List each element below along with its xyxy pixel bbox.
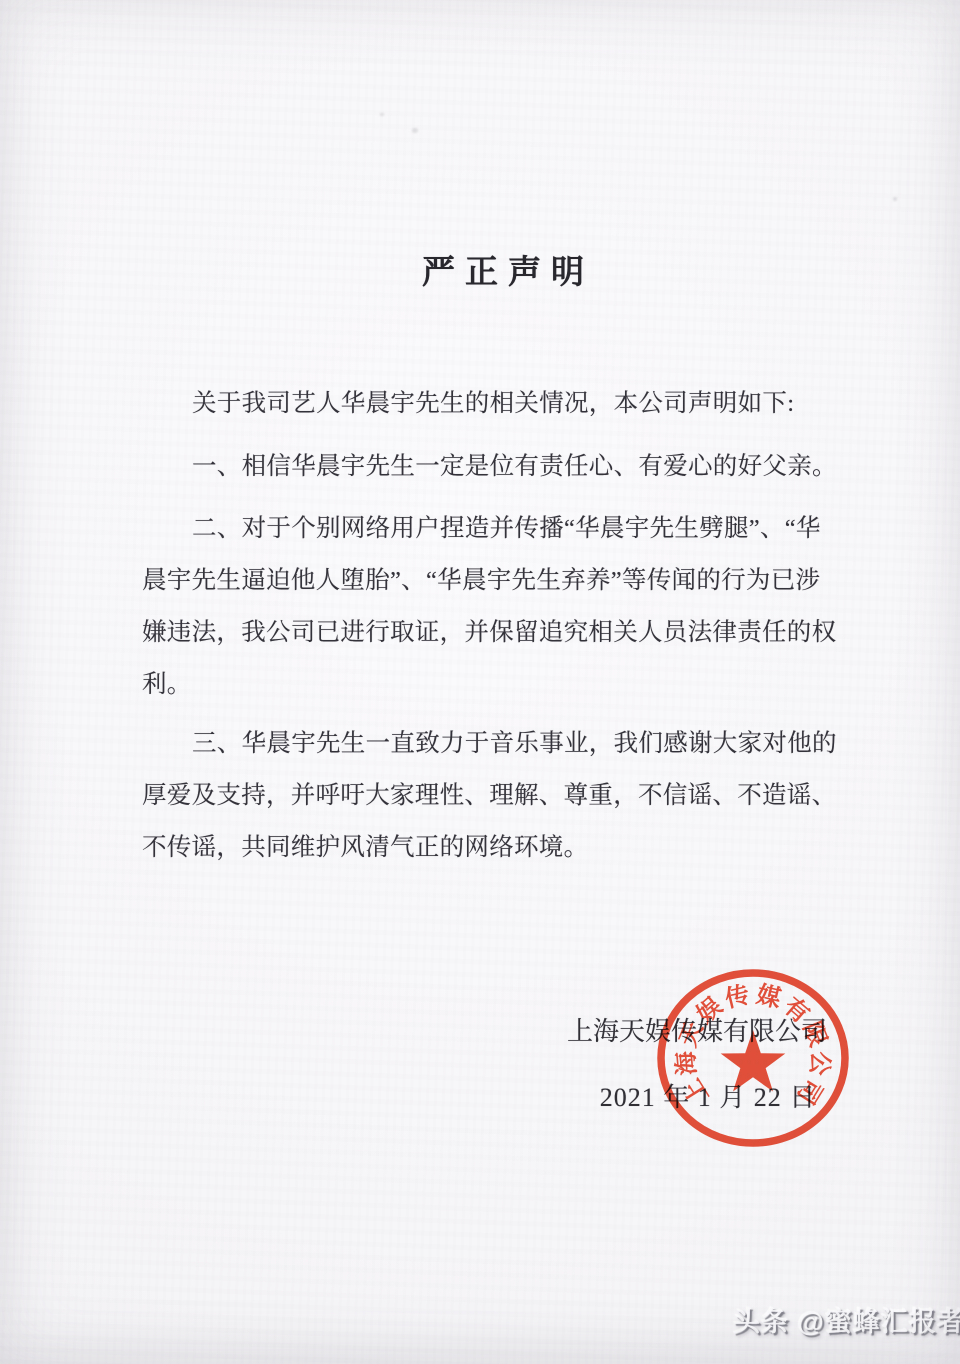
seal-ring-char: 公 (805, 1050, 833, 1076)
statement-item-three: 三、华晨宇先生一直致力于音乐事业，我们感谢大家对他的 厚爱及支持，并呼吁大家理性… (142, 718, 832, 874)
statement-document: 严正声明 关于我司艺人华晨宇先生的相关情况，本公司声明如下: 一、相信华晨宇先生… (0, 0, 960, 1364)
statement-line: 晨宇先生逼迫他人堕胎”、“华晨宇先生弃养”等传闻的行为已涉 (142, 555, 832, 607)
statement-line: 厚爱及支持，并呼吁大家理性、理解、尊重，不信谣、不造谣、 (142, 770, 832, 822)
scan-speck (380, 113, 384, 116)
statement-line: 三、华晨宇先生一直致力于音乐事业，我们感谢大家对他的 (142, 718, 832, 770)
statement-item-one: 一、相信华晨宇先生一定是位有责任心、有爱心的好父亲。 (142, 441, 832, 493)
statement-line: 嫌违法，我公司已进行取证，并保留追究相关人员法律责任的权 (142, 607, 832, 659)
statement-item-two: 二、对于个别网络用户捏造并传播“华晨宇先生劈腿”、“华 晨宇先生逼迫他人堕胎”、… (142, 503, 832, 711)
statement-line: 利。 (142, 659, 832, 711)
watermark-text: 头条 @蜜蜂汇报者 (733, 1300, 960, 1339)
statement-line: 二、对于个别网络用户捏造并传播“华晨宇先生劈腿”、“华 (142, 503, 832, 555)
statement-line: 关于我司艺人华晨宇先生的相关情况，本公司声明如下: (142, 378, 832, 430)
seal-ring-char: 媒 (754, 980, 784, 1013)
signature-date: 2021 年 1 月 22 日 (596, 1078, 820, 1118)
seal-ring-char: 海 (672, 1049, 701, 1076)
scan-speck (412, 128, 418, 133)
statement-line: 一、相信华晨宇先生一定是位有责任心、有爱心的好父亲。 (142, 441, 832, 493)
signature-company: 上海天娱传媒有限公司 (565, 1012, 829, 1052)
statement-line: 不传谣，共同维护风清气正的网络环境。 (142, 822, 832, 874)
statement-intro: 关于我司艺人华晨宇先生的相关情况，本公司声明如下: (142, 378, 832, 430)
seal-ring-char: 传 (721, 980, 752, 1013)
statement-title: 严正声明 (0, 246, 960, 293)
scan-speck (893, 197, 897, 201)
